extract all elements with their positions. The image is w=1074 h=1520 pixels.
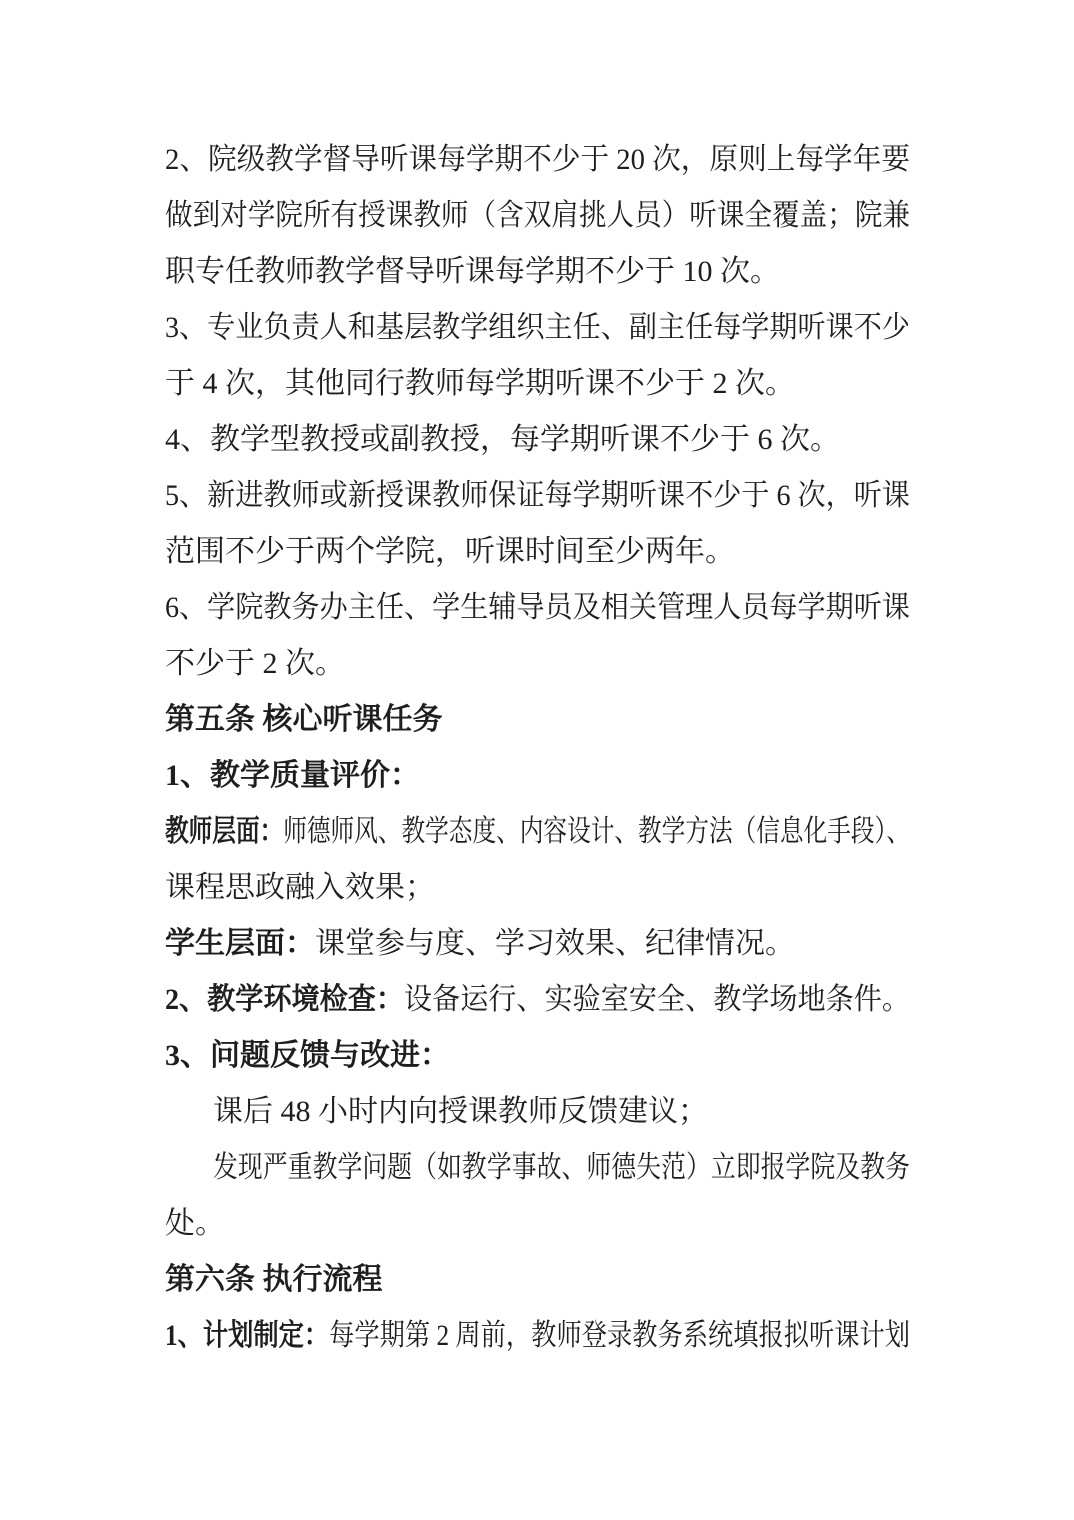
text-line: 课后 48 小时内向授课教师反馈建议； [213, 1084, 910, 1140]
text-line: 学生层面：课堂参与度、学习效果、纪律情况。 [165, 916, 910, 972]
text-line-content: 课程思政融入效果； [165, 860, 435, 916]
text-run: 不少于 2 次。 [165, 647, 345, 680]
text-line-content: 做到对学院所有授课教师（含双肩挑人员）听课全覆盖；院兼 [165, 188, 910, 244]
text-line-content: 处。 [165, 1196, 225, 1252]
text-run: 职专任教师教学督导听课每学期不少于 10 次。 [165, 255, 780, 288]
text-run: 处。 [165, 1207, 225, 1240]
text-line-content: 发现严重教学问题（如教学事故、师德失范）立即报学院及教务 [213, 1140, 910, 1196]
text-line: 第五条 核心听课任务 [165, 692, 910, 748]
document-body: 2、院级教学督导听课每学期不少于 20 次，原则上每学年要做到对学院所有授课教师… [165, 132, 910, 1364]
text-run: 课程思政融入效果； [165, 871, 435, 904]
text-run: 于 4 次，其他同行教师每学期听课不少于 2 次。 [165, 367, 795, 400]
text-run: 设备运行、实验室安全、教学场地条件。 [404, 983, 910, 1016]
text-line: 1、教学质量评价： [165, 748, 910, 804]
bold-text-run: 1、计划制定： [165, 1319, 329, 1352]
text-line-content: 学生层面：课堂参与度、学习效果、纪律情况。 [165, 916, 795, 972]
text-run: 2、院级教学督导听课每学期不少于 20 次，原则上每学年要 [165, 143, 910, 176]
text-line-content: 3、问题反馈与改进： [165, 1028, 450, 1084]
text-line-content: 于 4 次，其他同行教师每学期听课不少于 2 次。 [165, 356, 795, 412]
document-page: 2、院级教学督导听课每学期不少于 20 次，原则上每学年要做到对学院所有授课教师… [0, 0, 1074, 1520]
text-line: 第六条 执行流程 [165, 1252, 910, 1308]
text-run: 3、专业负责人和基层教学组织主任、副主任每学期听课不少 [165, 311, 910, 344]
text-run: 做到对学院所有授课教师（含双肩挑人员）听课全覆盖；院兼 [165, 199, 910, 232]
text-line: 3、问题反馈与改进： [165, 1028, 910, 1084]
bold-text-run: 学生层面： [165, 927, 315, 960]
bold-text-run: 教师层面： [165, 815, 283, 848]
bold-text-run: 1、教学质量评价： [165, 759, 420, 792]
text-line-content: 教师层面：师德师风、教学态度、内容设计、教学方法（信息化手段）、 [165, 804, 910, 860]
text-line: 6、学院教务办主任、学生辅导员及相关管理人员每学期听课 [165, 580, 910, 636]
text-line-content: 4、教学型教授或副教授，每学期听课不少于 6 次。 [165, 412, 840, 468]
text-line: 做到对学院所有授课教师（含双肩挑人员）听课全覆盖；院兼 [165, 188, 910, 244]
bold-text-run: 第六条 执行流程 [165, 1263, 383, 1296]
text-run: 发现严重教学问题（如教学事故、师德失范）立即报学院及教务 [213, 1151, 910, 1184]
text-line-content: 课后 48 小时内向授课教师反馈建议； [213, 1084, 708, 1140]
text-line: 课程思政融入效果； [165, 860, 910, 916]
text-line: 2、院级教学督导听课每学期不少于 20 次，原则上每学年要 [165, 132, 910, 188]
text-line: 4、教学型教授或副教授，每学期听课不少于 6 次。 [165, 412, 910, 468]
text-run: 4、教学型教授或副教授，每学期听课不少于 6 次。 [165, 423, 840, 456]
bold-text-run: 第五条 核心听课任务 [165, 703, 443, 736]
text-line: 不少于 2 次。 [165, 636, 910, 692]
text-line-content: 范围不少于两个学院，听课时间至少两年。 [165, 524, 735, 580]
text-line: 发现严重教学问题（如教学事故、师德失范）立即报学院及教务 [213, 1140, 910, 1196]
text-run: 课后 48 小时内向授课教师反馈建议； [213, 1095, 708, 1128]
text-line-content: 2、院级教学督导听课每学期不少于 20 次，原则上每学年要 [165, 132, 910, 188]
text-run: 课堂参与度、学习效果、纪律情况。 [315, 927, 795, 960]
text-line: 5、新进教师或新授课教师保证每学期听课不少于 6 次，听课 [165, 468, 910, 524]
bold-text-run: 2、教学环境检查： [165, 983, 404, 1016]
text-line-content: 1、教学质量评价： [165, 748, 420, 804]
text-run: 每学期第 2 周前，教师登录教务系统填报拟听课计划 [329, 1319, 910, 1352]
text-line: 1、计划制定：每学期第 2 周前，教师登录教务系统填报拟听课计划 [165, 1308, 910, 1364]
text-line-content: 第五条 核心听课任务 [165, 692, 443, 748]
text-line-content: 第六条 执行流程 [165, 1252, 383, 1308]
text-line: 处。 [165, 1196, 910, 1252]
text-line-content: 职专任教师教学督导听课每学期不少于 10 次。 [165, 244, 780, 300]
text-line: 范围不少于两个学院，听课时间至少两年。 [165, 524, 910, 580]
text-line: 2、教学环境检查：设备运行、实验室安全、教学场地条件。 [165, 972, 910, 1028]
text-line-content: 2、教学环境检查：设备运行、实验室安全、教学场地条件。 [165, 972, 910, 1028]
text-run: 范围不少于两个学院，听课时间至少两年。 [165, 535, 735, 568]
bold-text-run: 3、问题反馈与改进： [165, 1039, 450, 1072]
text-line-content: 6、学院教务办主任、学生辅导员及相关管理人员每学期听课 [165, 580, 910, 636]
text-line-content: 1、计划制定：每学期第 2 周前，教师登录教务系统填报拟听课计划 [165, 1308, 910, 1364]
text-line-content: 3、专业负责人和基层教学组织主任、副主任每学期听课不少 [165, 300, 910, 356]
text-run: 师德师风、教学态度、内容设计、教学方法（信息化手段）、 [283, 815, 910, 848]
text-line-content: 5、新进教师或新授课教师保证每学期听课不少于 6 次，听课 [165, 468, 910, 524]
text-line: 职专任教师教学督导听课每学期不少于 10 次。 [165, 244, 910, 300]
text-line: 教师层面：师德师风、教学态度、内容设计、教学方法（信息化手段）、 [165, 804, 910, 860]
text-run: 6、学院教务办主任、学生辅导员及相关管理人员每学期听课 [165, 591, 910, 624]
text-line: 于 4 次，其他同行教师每学期听课不少于 2 次。 [165, 356, 910, 412]
text-line: 3、专业负责人和基层教学组织主任、副主任每学期听课不少 [165, 300, 910, 356]
text-run: 5、新进教师或新授课教师保证每学期听课不少于 6 次，听课 [165, 479, 910, 512]
text-line-content: 不少于 2 次。 [165, 636, 345, 692]
